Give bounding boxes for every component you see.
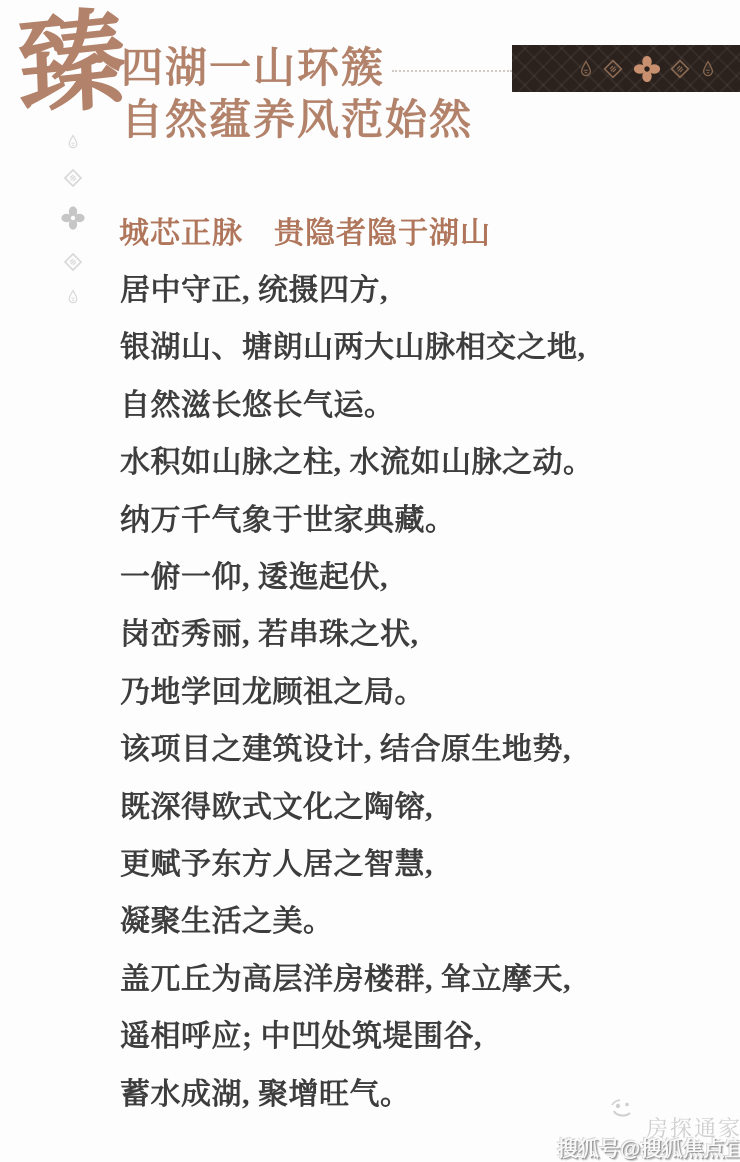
diamond-icon [603, 58, 624, 79]
body-line: 一俯一仰, 逶迤起伏, [120, 549, 680, 606]
watermark-sohu-account: 搜狐号@搜狐焦点宜春站 [557, 1133, 740, 1162]
body-line: 该项目之建筑设计, 结合原生地势, [120, 721, 680, 778]
calligraphy-zhen: 臻 [16, 4, 127, 123]
dotted-divider [392, 70, 512, 72]
drop-icon [67, 289, 80, 306]
diamond-icon [63, 168, 83, 188]
diamond-icon [63, 252, 83, 272]
body-line: 银湖山、塘朗山两大山脉相交之地, [120, 319, 680, 376]
body-line: 凝聚生活之美。 [120, 893, 680, 950]
watermark-face-icon [608, 1096, 638, 1127]
article-page: 臻 四湖一山环簇 自然蕴养风范始然 城芯正脉 贵隐者隐于湖山 居 [0, 0, 740, 1162]
page-title-line2: 自然蕴养风范始然 [121, 100, 473, 142]
page-title-line1: 四湖一山环簇 [121, 48, 385, 90]
body-copy: 居中守正, 统摄四方, 银湖山、塘朗山两大山脉相交之地, 自然滋长悠长气运。 水… [120, 262, 680, 1123]
drop-icon [701, 59, 716, 78]
body-line: 自然滋长悠长气运。 [120, 377, 680, 434]
diamond-icon [670, 58, 691, 79]
body-line: 遥相呼应; 中凹处筑堤围谷, [120, 1008, 680, 1065]
body-line: 既深得欧式文化之陶镕, [120, 779, 680, 836]
body-line: 居中守正, 统摄四方, [120, 262, 680, 319]
section-subtitle: 城芯正脉 贵隐者隐于湖山 [119, 219, 491, 249]
body-line: 蓄水成湖, 聚增旺气。 [120, 1066, 680, 1123]
flower-icon [634, 55, 661, 82]
body-line: 乃地学回龙顾祖之局。 [120, 664, 680, 721]
body-line: 水积如山脉之柱, 水流如山脉之动。 [120, 434, 680, 491]
drop-icon [579, 59, 594, 78]
body-line: 盖兀丘为高层洋房楼群, 耸立摩天, [120, 951, 680, 1008]
drop-icon [67, 134, 80, 151]
body-line: 更赋予东方人居之智慧, [120, 836, 680, 893]
ornamental-banner [512, 45, 740, 92]
flower-icon [61, 206, 85, 230]
body-line: 纳万千气象于世家典藏。 [120, 492, 680, 549]
body-line: 岗峦秀丽, 若串珠之状, [120, 606, 680, 663]
